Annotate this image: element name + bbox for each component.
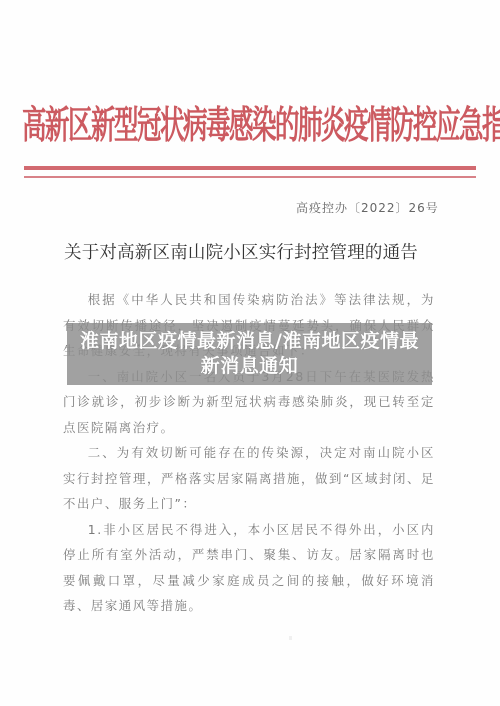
paragraph-item-2: 二、为有效切断可能存在的传染源，决定对南山院小区实行封控管理，严格落实居家隔离措… [63, 440, 435, 517]
notice-title: 关于对高新区南山院小区实行封控管理的通告 [64, 239, 444, 264]
headline-text: 淮南地区疫情最新消息/淮南地区疫情最新消息通知 [80, 329, 420, 379]
paragraph-subitem-1: 1.非小区居民不得进入，本小区居民不得外出，小区内停止所有室外活动，严禁串门、聚… [63, 517, 435, 619]
document-number: 高疫控办〔2022〕26号 [296, 199, 439, 216]
header-divider-thin [24, 176, 476, 178]
header-divider-thick [24, 166, 476, 170]
issuing-office-header: 高新区新型冠状病毒感染的肺炎疫情防控应急指挥部办公室 [22, 96, 480, 150]
scan-artifact [289, 636, 292, 640]
headline-overlay: 淮南地区疫情最新消息/淮南地区疫情最新消息通知 [67, 323, 432, 385]
